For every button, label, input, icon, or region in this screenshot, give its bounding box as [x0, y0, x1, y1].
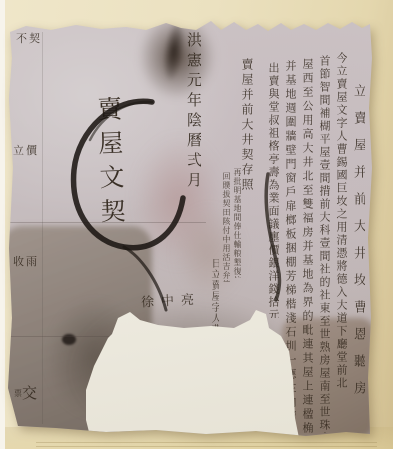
signature: 徐中亮 — [141, 288, 202, 310]
deed-paper: 立賣屋并前大井坆曹恩聽房 今立賣屋文字人曹錫國巨坆之用清憑將德入大道下廳堂前北 … — [6, 18, 376, 440]
photo-of-deed: 立賣屋并前大井坆曹恩聽房 今立賣屋文字人曹錫國巨坆之用清憑將德入大道下廳堂前北 … — [0, 0, 393, 449]
ink-spot — [62, 334, 76, 345]
text-column-6: 出賣與堂叔祖楁亭壽為業面議廛價銀洋錢拾元正其銀即日倛用 — [268, 62, 279, 318]
edge-label-top-left: 不契 — [16, 30, 42, 46]
edge-label-left-upper: 立價 — [13, 142, 39, 158]
annotation-column-1: 再批明基地間俸仕輸粮墾復柱 — [233, 168, 241, 278]
edge-label-bottom-left: 票交 — [14, 382, 39, 403]
stain-top-center — [138, 14, 216, 100]
deed-document: 立賣屋并前大井坆曹恩聽房 今立賣屋文字人曹錫國巨坆之用清憑將德入大道下廳堂前北 … — [6, 18, 376, 440]
date-column: 洪憲元年陰曆弍月 — [186, 32, 201, 204]
text-column-2: 今立賣屋文字人曹錫國巨坆之用清憑將德入大道下廳堂前北 — [336, 52, 347, 430]
edge-label-left-lower: 收雨 — [13, 253, 39, 269]
mount-crease — [36, 442, 377, 443]
ink-smudge-top — [160, 19, 188, 83]
mount-crease — [36, 446, 377, 447]
fold-crease — [42, 32, 43, 424]
annotation-column-2: 回贌拔契田陔付中用活吉弁笔 — [222, 172, 230, 282]
text-column-4: 屋西至公用高大井北至雙福房并基地為界的毗連其屋上連楹桷 — [302, 58, 313, 436]
large-title-characters: 賣屋文契 — [95, 96, 126, 257]
stain-pink-center — [134, 136, 224, 266]
text-column-1: 立賣屋并前大井坆曹恩聽房 — [352, 84, 365, 432]
edge-label-bottom-left-small: 票 — [14, 389, 22, 398]
edge-label-bottom-left-main: 交 — [22, 384, 39, 402]
fold-crease — [6, 336, 126, 337]
text-column-3: 首節智間補楜平屋壹間揹前大科壹間社的社東至世熟房屋南至世珠房 — [319, 55, 330, 433]
header-column: 賣屋并前大井契存照 — [241, 58, 253, 194]
